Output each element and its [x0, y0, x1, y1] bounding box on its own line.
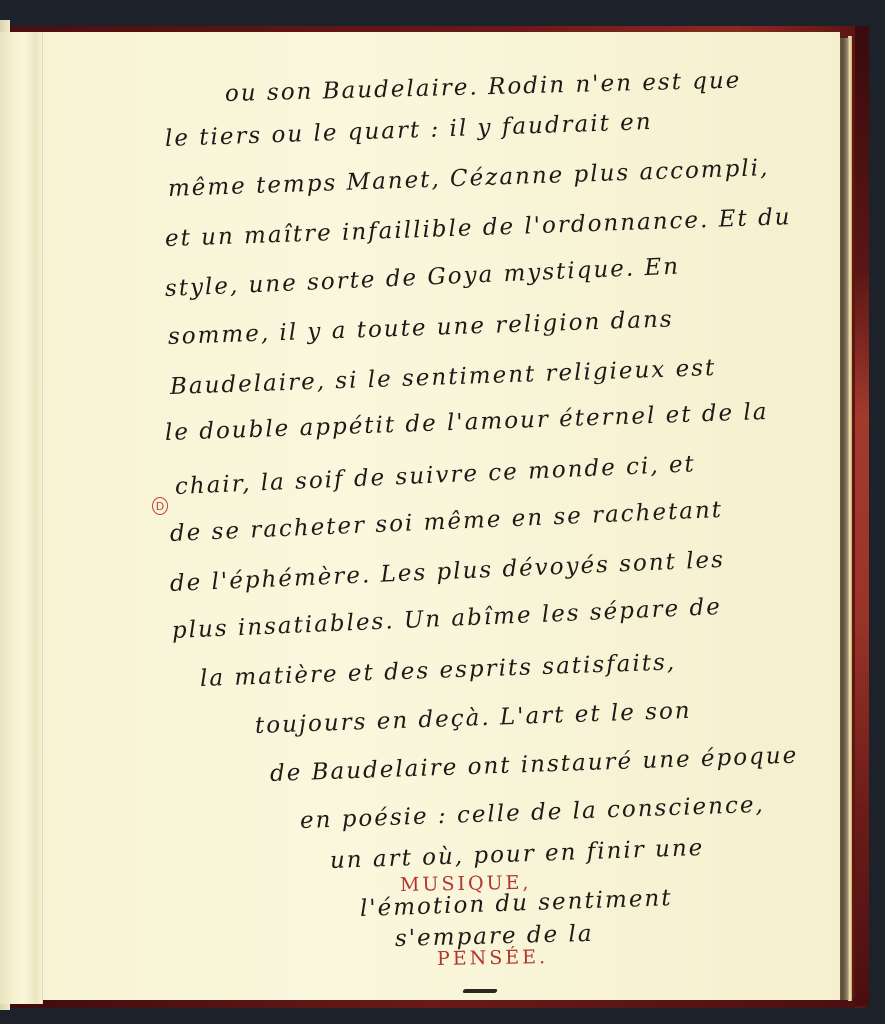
- text-line: même temps Manet, Cézanne plus accompli,: [168, 155, 770, 202]
- text-line: le double appétit de l'amour éternel et …: [165, 399, 769, 446]
- text-line: Baudelaire, si le sentiment religieux es…: [170, 355, 717, 400]
- text-line: somme, il y a toute une religion dans: [168, 306, 674, 350]
- text-line: un art où, pour en finir une: [330, 835, 705, 874]
- text-line: et un maître infaillible de l'ordonnance…: [165, 204, 792, 252]
- red-rubric-pensee: PENSÉE.: [437, 946, 548, 970]
- text-line: la matière et des esprits satisfaits,: [200, 649, 677, 692]
- text-line: chair, la soif de suivre ce monde ci, et: [174, 451, 696, 500]
- manuscript-text: ou son Baudelaire. Rodin n'en est que le…: [0, 0, 885, 1024]
- text-line: plus insatiables. Un abîme les sépare de: [171, 594, 722, 644]
- text-line: de l'éphémère. Les plus dévoyés sont les: [169, 547, 725, 597]
- text-line: style, une sorte de Goya mystique. En: [164, 254, 680, 302]
- text-line: ou son Baudelaire. Rodin n'en est que: [225, 67, 742, 107]
- text-line: le tiers ou le quart : il y faudrait en: [165, 109, 653, 152]
- end-flourish-mark: [462, 989, 497, 993]
- text-line: de se racheter soi même en se rachetant: [169, 497, 723, 547]
- text-line: de Baudelaire ont instauré une époque: [270, 743, 799, 787]
- text-line: en poésie : celle de la conscience,: [300, 792, 766, 834]
- circled-margin-letter-icon: D: [152, 497, 168, 515]
- text-line: toujours en deçà. L'art et le son: [255, 698, 693, 739]
